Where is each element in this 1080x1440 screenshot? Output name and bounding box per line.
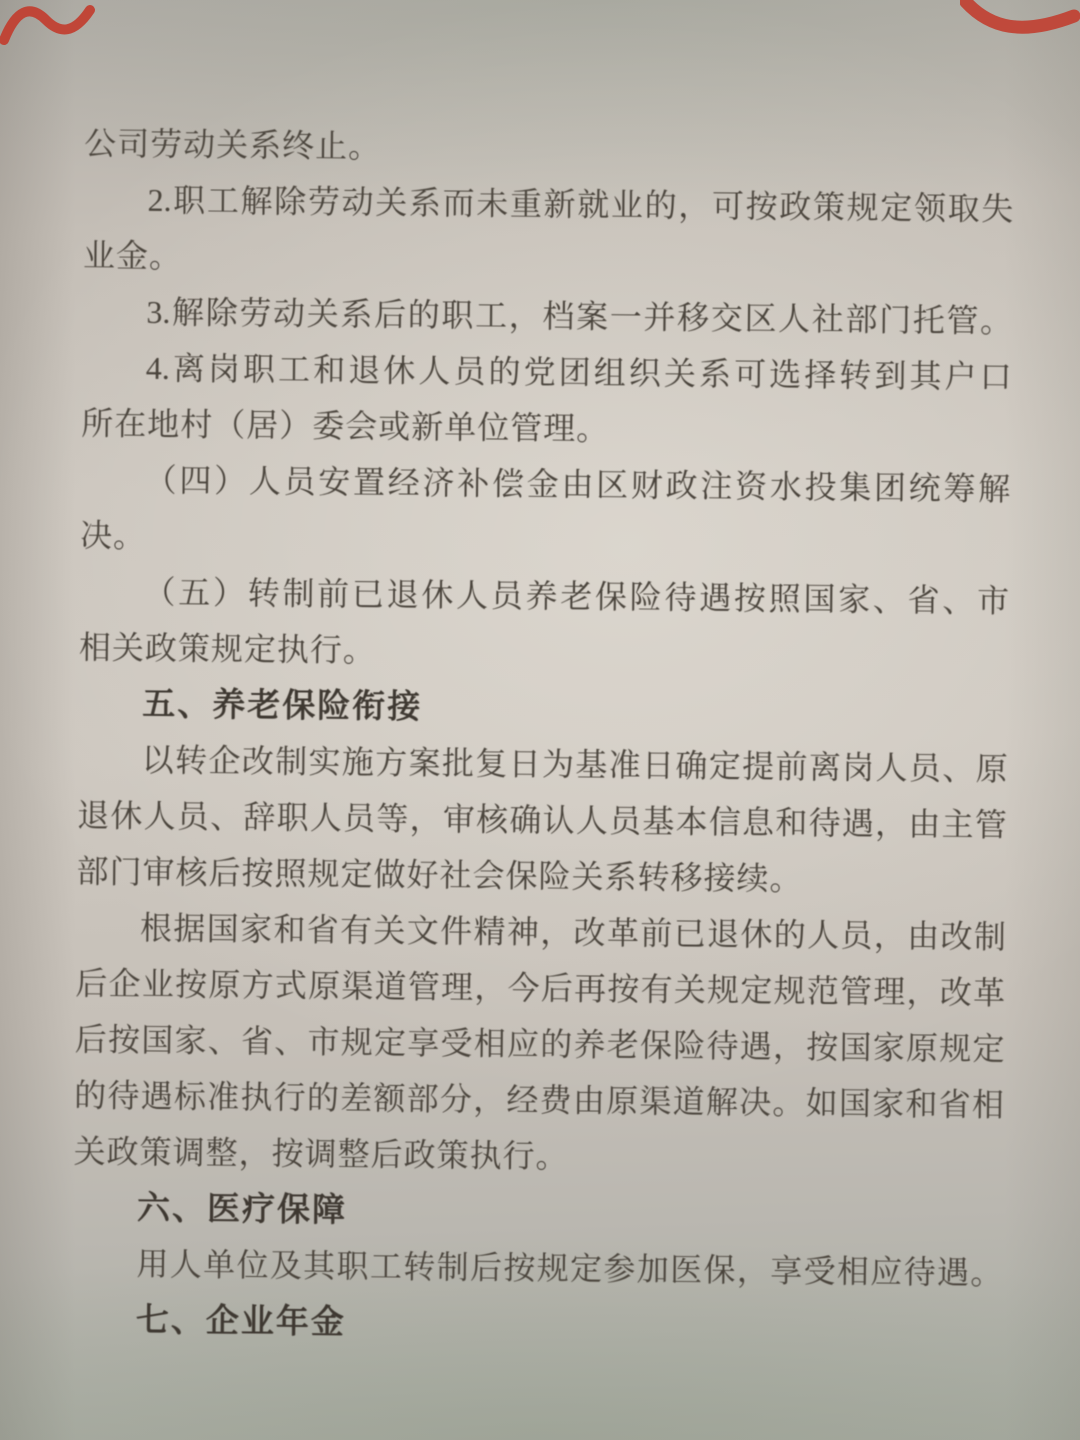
section-heading: 七、企业年金 <box>72 1291 1003 1357</box>
glyph: 应 <box>870 1243 903 1299</box>
glyph: 工 <box>370 1238 403 1294</box>
glyph: 省 <box>907 572 940 628</box>
red-ink-mark-top-left <box>0 0 120 50</box>
glyph: 员 <box>283 453 316 509</box>
glyph: 休 <box>421 567 454 623</box>
text-line: 相关政策规定执行。 <box>79 619 1010 685</box>
glyph: 国 <box>803 571 836 627</box>
glyph: 后 <box>75 1011 108 1067</box>
glyph: ， <box>875 795 908 851</box>
glyph: 养 <box>573 1016 606 1072</box>
glyph: （ <box>144 452 177 508</box>
glyph: 位 <box>236 1237 269 1293</box>
glyph: 按 <box>806 1019 839 1075</box>
glyph: 国 <box>839 1075 872 1131</box>
glyph: 管 <box>840 963 873 1019</box>
glyph: 档 <box>542 288 575 344</box>
glyph: 的 <box>773 906 806 962</box>
glyph: 前 <box>317 566 350 622</box>
glyph: 市 <box>307 1014 340 1070</box>
glyph: 国 <box>206 900 239 956</box>
glyph: 择 <box>804 347 837 403</box>
glyph: 业 <box>611 177 644 233</box>
glyph: 系 <box>340 286 373 342</box>
glyph: 转 <box>247 565 280 621</box>
glyph: 退 <box>348 342 381 398</box>
glyph: 团 <box>558 344 591 400</box>
glyph: 工 <box>475 287 508 343</box>
glyph: 费 <box>539 1072 572 1128</box>
glyph: 、 <box>942 572 975 628</box>
glyph: 转 <box>403 1239 436 1295</box>
text-line: 以转企改制实施方案批复日为基准日确定提前离岗人员、原 <box>77 731 1008 797</box>
glyph: 由 <box>908 796 941 852</box>
glyph: 4. <box>146 340 171 396</box>
glyph: 、 <box>210 789 243 845</box>
glyph: 筹 <box>943 460 976 516</box>
glyph: 工 <box>278 341 311 397</box>
glyph: 制 <box>436 1239 469 1295</box>
glyph: 按 <box>108 1011 141 1067</box>
text-line: 决。 <box>80 507 1011 573</box>
glyph: 业 <box>142 956 175 1012</box>
glyph: 保 <box>703 1242 736 1298</box>
text-line: 公司劳动关系终止。 <box>84 115 1015 181</box>
glyph: 的 <box>307 1070 340 1126</box>
glyph: 户 <box>944 348 977 404</box>
glyph: 照 <box>768 570 801 626</box>
glyph: 。 <box>772 1074 805 1130</box>
glyph: 享 <box>407 1015 440 1071</box>
glyph: （ <box>143 564 176 620</box>
glyph: 工 <box>207 172 240 228</box>
glyph: 改 <box>940 964 973 1020</box>
glyph: 准 <box>207 1069 240 1125</box>
glyph: 定 <box>570 1240 603 1296</box>
glyph: 按 <box>175 956 208 1012</box>
glyph: 文 <box>407 903 440 959</box>
glyph: 系 <box>699 346 732 402</box>
glyph: 遇 <box>140 1068 173 1124</box>
glyph: 范 <box>807 963 840 1019</box>
glyph: 待 <box>903 1244 936 1300</box>
glyph: 日 <box>508 736 541 792</box>
glyph: 休 <box>740 906 773 962</box>
glyph: 休 <box>110 787 143 843</box>
glyph: 待 <box>808 795 841 851</box>
glyph: 和 <box>905 1076 938 1132</box>
glyph: 交 <box>711 290 744 346</box>
glyph: 前 <box>775 738 808 794</box>
glyph: 定 <box>880 180 913 236</box>
glyph: 五 <box>178 564 211 620</box>
text-line: 4.离岗职工和退休人员的党团组织关系可选择转到其户口 <box>82 339 1013 405</box>
glyph: 移 <box>677 289 710 345</box>
glyph: 今 <box>507 960 540 1016</box>
glyph: 据 <box>173 900 206 956</box>
text-line: 业金。 <box>83 227 1014 293</box>
glyph: 可 <box>712 178 745 234</box>
glyph: 偿 <box>492 455 525 511</box>
glyph: 省 <box>241 1013 274 1069</box>
document-photo: 公司劳动关系终止。2.职工解除劳动关系而未重新就业的，可按政策规定领取失业金。3… <box>0 0 1080 1440</box>
glyph: 准 <box>608 737 641 793</box>
glyph: 标 <box>174 1068 207 1124</box>
glyph: 按 <box>745 178 778 234</box>
glyph: 转 <box>839 347 872 403</box>
glyph: 日 <box>642 737 675 793</box>
glyph: 人 <box>143 788 176 844</box>
glyph: 织 <box>629 345 662 401</box>
glyph: 劳 <box>308 174 341 230</box>
glyph: ， <box>906 964 939 1020</box>
red-ink-mark-top-right <box>960 0 1080 44</box>
glyph: 老 <box>560 568 593 624</box>
text-line: 关政策调整，按调整后政策执行。 <box>73 1123 1004 1189</box>
glyph: 家 <box>240 901 273 957</box>
glyph: 原 <box>606 1073 639 1129</box>
glyph: ， <box>409 791 442 847</box>
glyph: 有 <box>340 902 373 958</box>
glyph: 国 <box>839 1019 872 1075</box>
glyph: 保 <box>640 1017 673 1073</box>
glyph: 基 <box>575 736 608 792</box>
glyph: 规 <box>773 962 806 1018</box>
glyph: 养 <box>525 568 558 624</box>
glyph: 息 <box>742 794 775 850</box>
glyph: 财 <box>631 457 664 513</box>
glyph: 解 <box>172 284 205 340</box>
glyph: 执 <box>240 1069 273 1125</box>
glyph: 动 <box>273 285 306 341</box>
glyph: 原 <box>208 957 241 1013</box>
section-heading: 五、养老保险衔接 <box>78 675 1009 741</box>
glyph: 后 <box>374 286 407 342</box>
glyph: 管 <box>408 959 441 1015</box>
glyph: 员 <box>840 907 873 963</box>
glyph: 式 <box>275 957 308 1013</box>
text-line: 2.职工解除劳动关系而未重新就业的，可按政策规定领取失 <box>83 171 1014 237</box>
glyph: 保 <box>595 569 628 625</box>
glyph: 区 <box>744 290 777 346</box>
glyph: 策 <box>813 179 846 235</box>
glyph: ） <box>213 565 246 621</box>
glyph: 经 <box>506 1072 539 1128</box>
glyph: 企 <box>208 732 241 788</box>
glyph: 渠 <box>639 1073 672 1129</box>
glyph: 方 <box>375 734 408 790</box>
text-line: 根据国家和省有关文件精神，改革前已退休的人员，由改制 <box>76 899 1007 965</box>
glyph: 区 <box>596 457 629 513</box>
glyph: 国 <box>141 1012 174 1068</box>
text-line: 后企业按原方式原渠道管理，今后再按有关规定规范管理，改革 <box>75 955 1006 1021</box>
glyph: 原 <box>308 958 341 1014</box>
glyph: 革 <box>973 965 1006 1021</box>
glyph: 选 <box>769 346 802 402</box>
glyph: 的 <box>540 1016 573 1072</box>
glyph: 单 <box>203 1236 236 1292</box>
text-line: （四）人员安置经济补偿金由区财政注资水投集团统筹解 <box>80 451 1011 517</box>
glyph: 人 <box>778 290 811 346</box>
glyph: 可 <box>734 346 767 402</box>
glyph: 基 <box>642 793 675 849</box>
glyph: 注 <box>700 458 733 514</box>
glyph: 受 <box>803 1243 836 1299</box>
text-line: 后按国家、省、市规定享受相应的养老保险待遇，按国家原规定 <box>75 1011 1006 1077</box>
glyph: 退 <box>77 787 110 843</box>
glyph: 医 <box>670 1241 703 1297</box>
glyph: 案 <box>408 735 441 791</box>
glyph: 关 <box>674 961 707 1017</box>
glyph: ， <box>508 288 541 344</box>
glyph: 关 <box>306 286 339 342</box>
glyph: 待 <box>107 1067 140 1123</box>
glyph: 待 <box>664 569 697 625</box>
glyph: 相 <box>473 1015 506 1071</box>
glyph: 补 <box>457 455 490 511</box>
glyph: 决 <box>739 1074 772 1130</box>
glyph: 精 <box>473 903 506 959</box>
glyph: 管 <box>946 292 979 348</box>
glyph: 资 <box>735 458 768 514</box>
glyph: 而 <box>442 175 475 231</box>
glyph: 复 <box>475 735 508 791</box>
glyph: 改 <box>940 908 973 964</box>
glyph: 员 <box>609 793 642 849</box>
glyph: 其 <box>909 348 942 404</box>
glyph: 核 <box>476 791 509 847</box>
glyph: 以 <box>141 732 174 788</box>
text-line: 的待遇标准执行的差额部分，经费由原渠道解决。如国家和省相 <box>74 1067 1005 1133</box>
glyph: 相 <box>837 1243 870 1299</box>
glyph: 及 <box>270 1237 303 1293</box>
glyph: 就 <box>577 176 610 232</box>
glyph: 置 <box>353 454 386 510</box>
glyph: 2. <box>147 172 172 228</box>
glyph: 。 <box>980 293 1013 349</box>
glyph: 解 <box>240 173 273 229</box>
glyph: ， <box>474 959 507 1015</box>
glyph: 前 <box>640 905 673 961</box>
glyph: 一 <box>609 289 642 345</box>
glyph: 集 <box>839 459 872 515</box>
glyph: 审 <box>443 791 476 847</box>
glyph: 关 <box>664 345 697 401</box>
glyph: 重 <box>510 176 543 232</box>
glyph: 制 <box>974 909 1007 965</box>
glyph: ， <box>773 1018 806 1074</box>
glyph: 、 <box>207 1013 240 1069</box>
glyph: 遇 <box>699 570 732 626</box>
glyph: ， <box>540 904 573 960</box>
section-heading: 六、医疗保障 <box>73 1179 1004 1245</box>
glyph: 人 <box>249 453 282 509</box>
glyph: 市 <box>977 573 1010 629</box>
glyph: 、 <box>873 571 906 627</box>
glyph: 人 <box>456 567 489 623</box>
glyph: 人 <box>418 343 451 399</box>
glyph: 神 <box>507 904 540 960</box>
glyph: 后 <box>541 960 574 1016</box>
glyph: 按 <box>503 1240 536 1296</box>
glyph: 享 <box>770 1242 803 1298</box>
glyph: 额 <box>373 1070 406 1126</box>
glyph: 人 <box>875 739 908 795</box>
glyph: 员 <box>491 567 524 623</box>
glyph: 差 <box>340 1070 373 1126</box>
glyph: 确 <box>675 737 708 793</box>
glyph: ， <box>737 1242 770 1298</box>
glyph: 根 <box>140 900 173 956</box>
glyph: 批 <box>442 735 475 791</box>
glyph: 认 <box>542 792 575 848</box>
glyph: 部 <box>406 1071 439 1127</box>
glyph: 3. <box>146 284 171 340</box>
glyph: 政 <box>665 457 698 513</box>
glyph: 职 <box>441 287 474 343</box>
glyph: 门 <box>879 291 912 347</box>
glyph: 用 <box>136 1236 169 1292</box>
glyph: 分 <box>440 1071 473 1127</box>
glyph: 系 <box>409 175 442 231</box>
glyph: 岗 <box>208 340 241 396</box>
text-line: （五）转制前已退休人员养老保险待遇按照国家、省、市 <box>79 563 1010 629</box>
glyph: 四 <box>179 452 212 508</box>
glyph: 有 <box>640 961 673 1017</box>
glyph: ， <box>678 177 711 233</box>
glyph: 理 <box>441 959 474 1015</box>
glyph: 件 <box>440 903 473 959</box>
document-body: 公司劳动关系终止。2.职工解除劳动关系而未重新就业的，可按政策规定领取失业金。3… <box>72 115 1015 1357</box>
glyph: 、 <box>942 740 975 796</box>
glyph: 退 <box>707 906 740 962</box>
glyph: 除 <box>205 284 238 340</box>
glyph: 行 <box>273 1069 306 1125</box>
glyph: 团 <box>874 459 907 515</box>
glyph: 取 <box>947 180 980 236</box>
glyph: 家 <box>872 1075 905 1131</box>
text-line: 退休人员、辞职人员等，审核确认人员基本信息和待遇，由主管 <box>77 787 1008 853</box>
glyph: 统 <box>908 460 941 516</box>
glyph: 员 <box>343 790 376 846</box>
glyph: 险 <box>629 569 662 625</box>
glyph: ） <box>214 453 247 509</box>
glyph: 动 <box>341 174 374 230</box>
glyph: 关 <box>373 902 406 958</box>
glyph: 离 <box>809 739 842 795</box>
glyph: 再 <box>574 960 607 1016</box>
glyph: 由 <box>561 456 594 512</box>
glyph: 按 <box>607 961 640 1017</box>
glyph: 解 <box>706 1074 739 1130</box>
glyph: 定 <box>374 1014 407 1070</box>
glyph: 和 <box>313 342 346 398</box>
glyph: 除 <box>274 173 307 229</box>
glyph: 遇 <box>842 795 875 851</box>
glyph: 应 <box>507 1016 540 1072</box>
glyph: 家 <box>872 1019 905 1075</box>
glyph: 本 <box>675 793 708 849</box>
glyph: 老 <box>606 1017 639 1073</box>
glyph: 党 <box>523 344 556 400</box>
glyph: 提 <box>742 738 775 794</box>
glyph: 确 <box>509 792 542 848</box>
glyph: 已 <box>673 905 706 961</box>
glyph: 组 <box>594 345 627 401</box>
glyph: 投 <box>804 459 837 515</box>
glyph: 人 <box>807 907 840 963</box>
glyph: 转 <box>175 732 208 788</box>
glyph: 受 <box>440 1015 473 1071</box>
text-line: 所在地村（居）委会或新单位管理。 <box>81 395 1012 461</box>
glyph: 的 <box>407 287 440 343</box>
glyph: 水 <box>770 458 803 514</box>
glyph: 的 <box>74 1067 107 1123</box>
glyph: 劳 <box>239 285 272 341</box>
glyph: 职 <box>243 341 276 397</box>
glyph: 离 <box>173 340 206 396</box>
glyph: 企 <box>108 955 141 1011</box>
glyph: 参 <box>603 1241 636 1297</box>
glyph: 制 <box>275 733 308 789</box>
glyph: 原 <box>906 1020 939 1076</box>
glyph: 口 <box>979 349 1012 405</box>
glyph: 遇 <box>739 1018 772 1074</box>
text-line: 部门审核后按照规定做好社会保险关系转移接续。 <box>76 843 1007 909</box>
glyph: 省 <box>938 1076 971 1132</box>
glyph: 后 <box>75 955 108 1011</box>
glyph: 加 <box>637 1241 670 1297</box>
glyph: 。 <box>970 1245 1003 1301</box>
glyph: 道 <box>374 958 407 1014</box>
glyph: 到 <box>874 347 907 403</box>
glyph: 的 <box>644 177 677 233</box>
glyph: 职 <box>276 789 309 845</box>
glyph: 济 <box>422 455 455 511</box>
glyph: ， <box>473 1071 506 1127</box>
glyph: 休 <box>383 342 416 398</box>
glyph: 由 <box>573 1072 606 1128</box>
glyph: 革 <box>607 905 640 961</box>
glyph: 经 <box>387 454 420 510</box>
glyph: 改 <box>573 904 606 960</box>
glyph: 遇 <box>937 1244 970 1300</box>
glyph: 员 <box>453 343 486 399</box>
glyph: 领 <box>914 180 947 236</box>
glyph: 其 <box>303 1238 336 1294</box>
glyph: 和 <box>273 901 306 957</box>
glyph: 岗 <box>842 739 875 795</box>
glyph: 案 <box>576 288 609 344</box>
glyph: 为 <box>542 736 575 792</box>
glyph: 主 <box>941 796 974 852</box>
glyph: 后 <box>470 1239 503 1295</box>
glyph: 员 <box>177 788 210 844</box>
glyph: 已 <box>352 566 385 622</box>
glyph: 政 <box>779 178 812 234</box>
glyph: 员 <box>909 740 942 796</box>
glyph: 实 <box>308 734 341 790</box>
glyph: 社 <box>812 291 845 347</box>
glyph: 的 <box>488 343 521 399</box>
glyph: 如 <box>805 1075 838 1131</box>
glyph: 方 <box>241 957 274 1013</box>
glyph: 待 <box>706 1018 739 1074</box>
glyph: 辞 <box>243 789 276 845</box>
glyph: 定 <box>740 962 773 1018</box>
glyph: 制 <box>282 565 315 621</box>
glyph: 省 <box>306 902 339 958</box>
